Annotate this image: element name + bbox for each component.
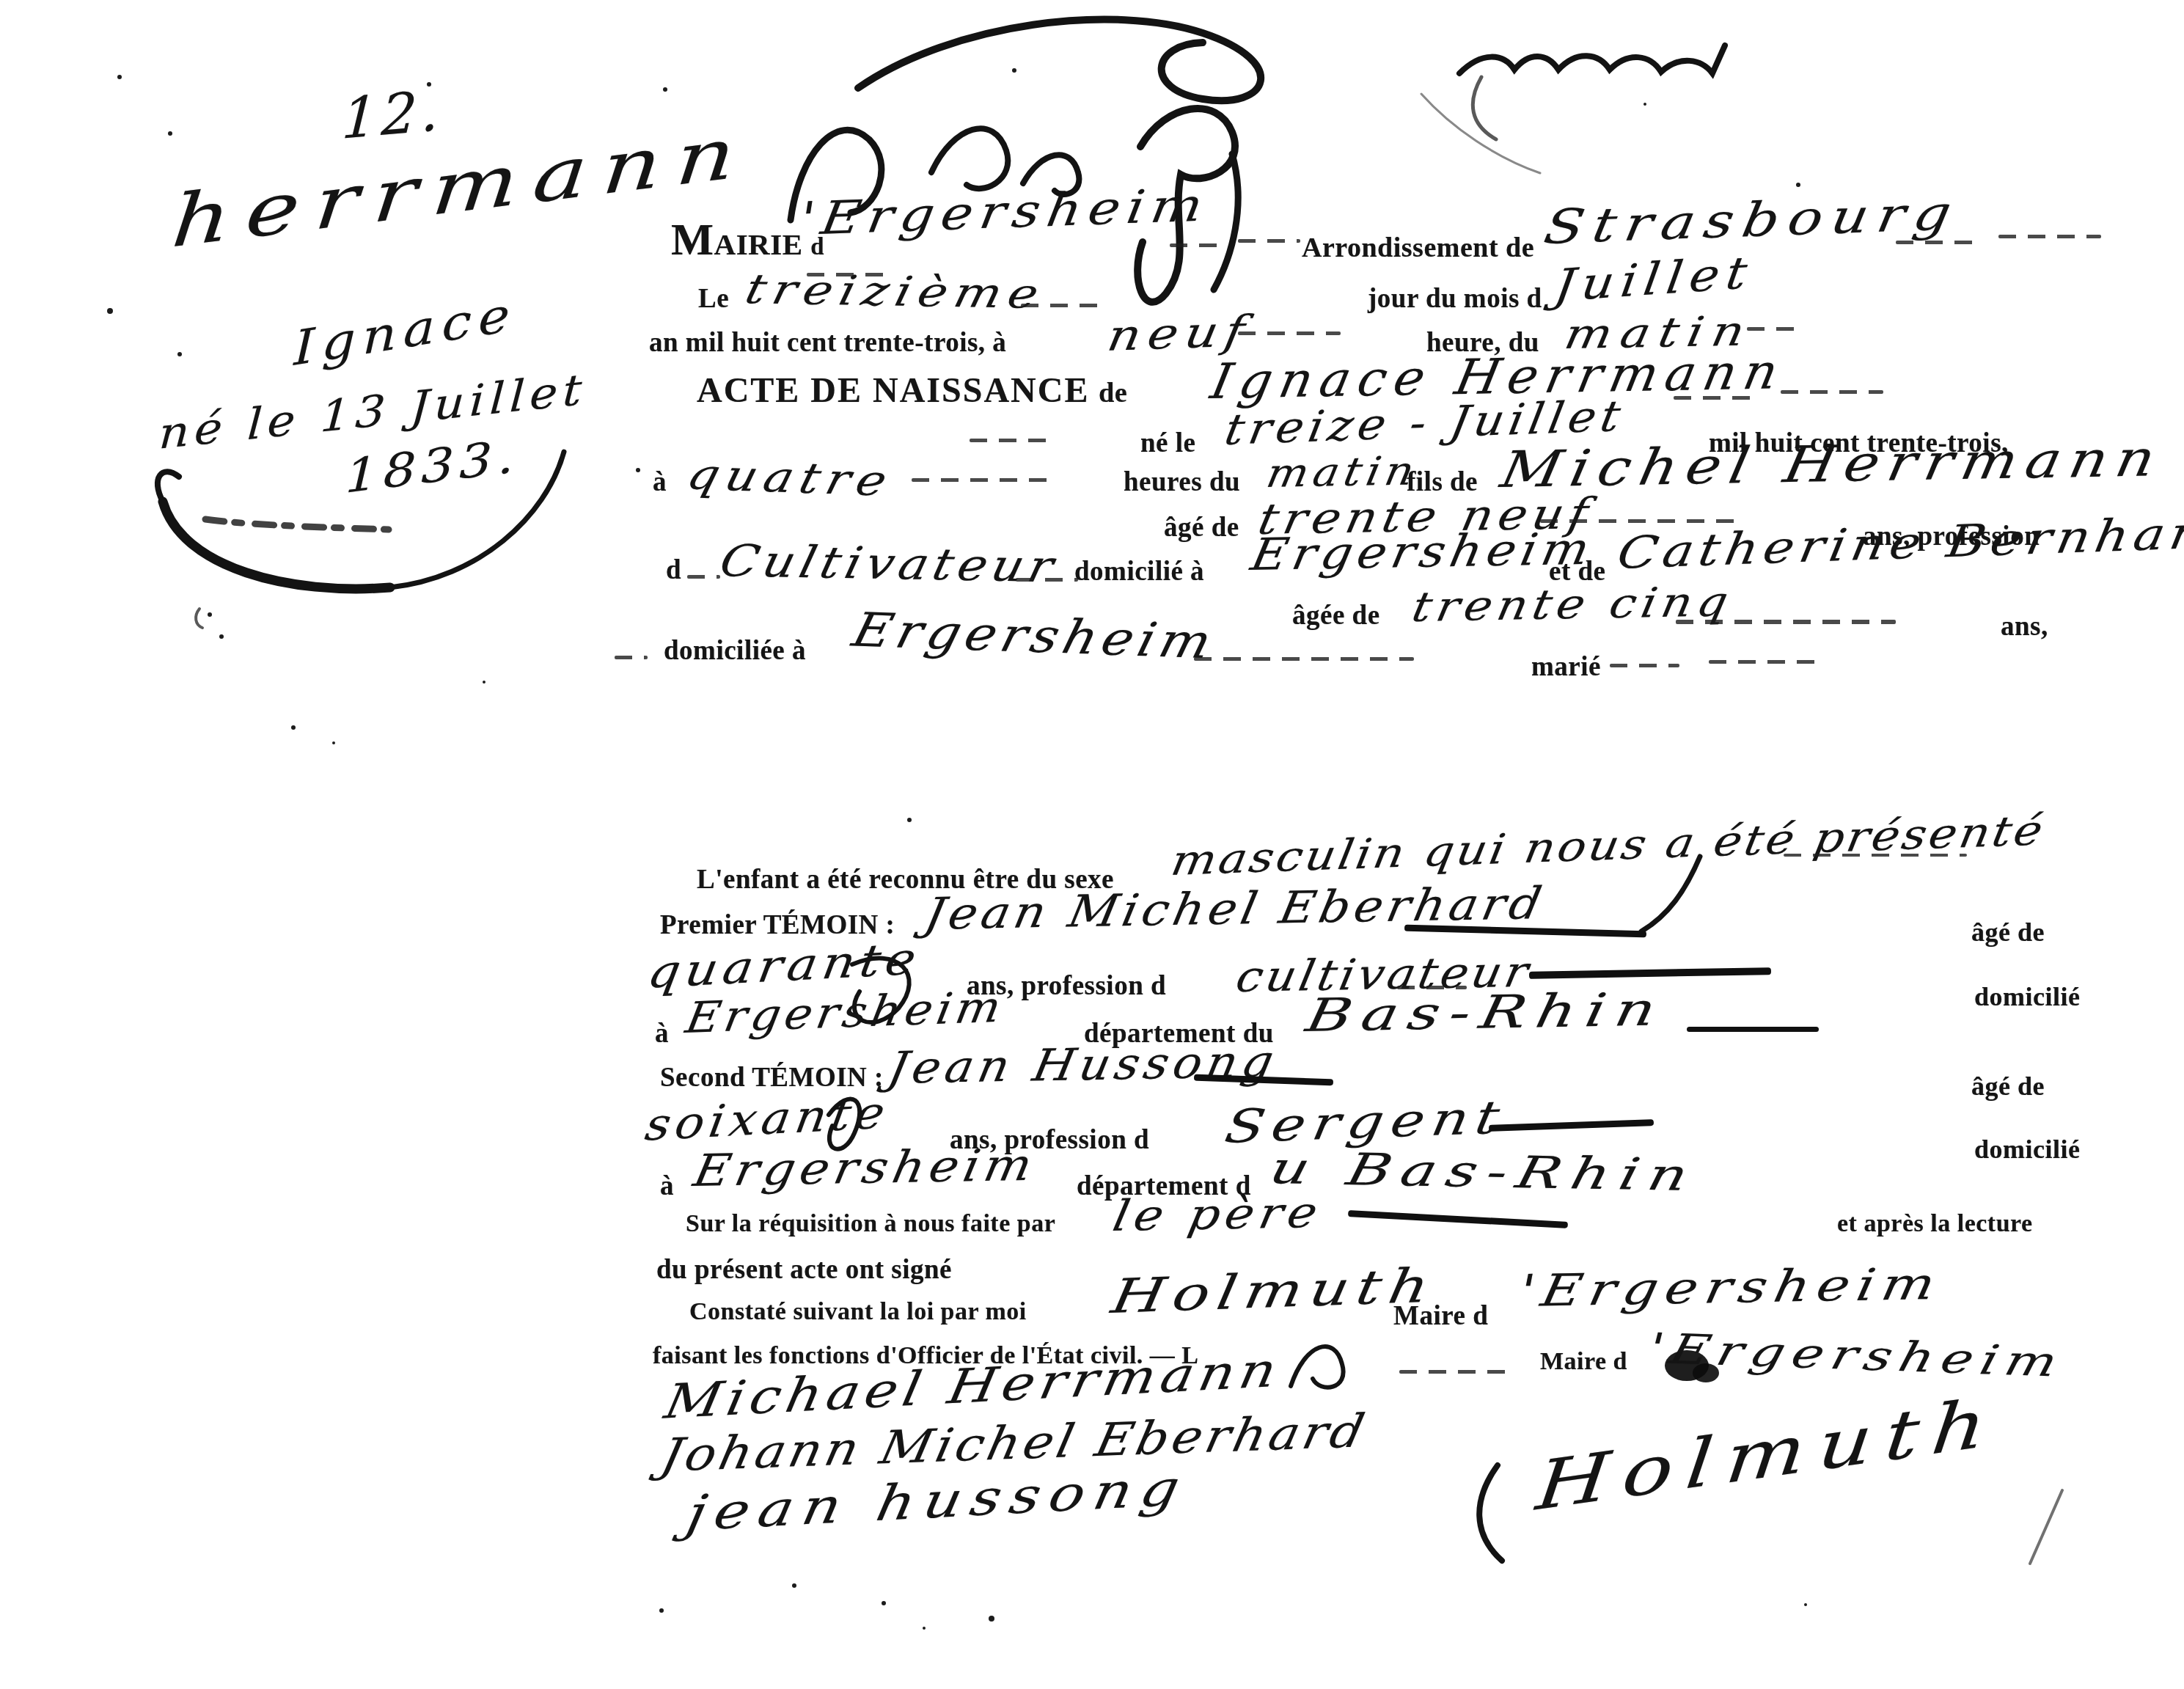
margin-act-number: 12. [340, 77, 445, 152]
signe-label: du présent acte ont signé [656, 1254, 952, 1286]
arrondissement-label: Arrondissement de [1302, 232, 1534, 264]
ne-le-label: né le [1140, 428, 1195, 459]
ink-dash [1170, 243, 1225, 247]
ink-flourish [1291, 1347, 1344, 1388]
ink-dash [1784, 854, 1967, 857]
stamp-arc [158, 472, 179, 502]
mairie-label: Mairie [671, 214, 803, 266]
ink-smudge [196, 609, 202, 628]
ink-scribble [1421, 94, 1540, 173]
ink-dash [1021, 304, 1102, 307]
acte-title: Acte de Naissance [697, 371, 1089, 410]
ink-dash [1238, 239, 1300, 243]
ink-dash [1674, 396, 1754, 400]
heures-du-label: heures du [1124, 466, 1240, 498]
ink-dash [807, 273, 887, 276]
domicilie-a-label: domicilié à [1074, 556, 1204, 587]
ink-dash [1747, 327, 1798, 331]
marie-label: marié [1531, 651, 1601, 683]
age-de-label: âgé de [1164, 512, 1239, 543]
ink-smudge [205, 519, 389, 530]
ink-dash [1540, 519, 1742, 523]
ink-dash [1238, 331, 1341, 335]
ink-scribble [1459, 45, 1725, 73]
ink-flourish [1479, 1465, 1502, 1561]
witness2-age-label: âgé de [1971, 1071, 2045, 1102]
witness1-domicilie-label: domicilié [1974, 981, 2080, 1012]
ink-dash [1610, 664, 1679, 667]
maire-commune-value: 'Ergersheim [1514, 1258, 1946, 1317]
witness1-age-label: âgé de [1971, 917, 2045, 948]
ink-dash [615, 656, 648, 659]
month-label: jour du mois d [1368, 283, 1542, 315]
year-line-label: an mil huit cent trente-trois, à [649, 327, 1006, 359]
ink-dash [687, 575, 720, 579]
ink-dash [1676, 620, 1896, 624]
le-label: Le [698, 283, 729, 315]
birth-daypart-value: matin [1263, 447, 1423, 497]
acte-title-de: de [1099, 378, 1127, 408]
requisition-label: Sur la réquisition à nous faite par [686, 1210, 1055, 1238]
maire-label: Maire d [1393, 1300, 1488, 1332]
acte-title-line: Acte de Naissance de [697, 370, 1127, 411]
requisition-value: le père [1109, 1187, 1327, 1241]
witness2-residence-value: Ergersheim [689, 1140, 1041, 1197]
ink-dash [1399, 1370, 1517, 1374]
ink-scribble [858, 20, 1261, 101]
ink-dash [1194, 657, 1414, 661]
ink-dash [912, 478, 1051, 482]
ink-scribble [1473, 77, 1496, 139]
witness2-a-label: à [660, 1170, 674, 1202]
agee-de-label: âgée de [1292, 600, 1380, 631]
maire-label-2: Maire d [1540, 1348, 1627, 1376]
ans-label: ans, [2001, 611, 2048, 642]
day-value: treizième [741, 265, 1050, 318]
father-residence-value: Ergersheim [1247, 524, 1599, 581]
stamp-arc [163, 502, 390, 589]
witness1-a-label: à [655, 1018, 669, 1049]
witness2-departement-value: u Bas-Rhin [1265, 1143, 1703, 1201]
ink-dash [1709, 660, 1819, 664]
officer-name-value: Holmuth [1107, 1258, 1440, 1325]
birth-hour-value: quatre [682, 450, 898, 506]
father-profession-value: Cultivateur [715, 535, 1063, 593]
lecture-label: et après la lecture [1837, 1210, 2033, 1238]
ink-dash [1687, 1027, 1819, 1032]
d-label: d [666, 554, 681, 586]
ink-dash [1016, 578, 1078, 582]
constate-label: Constaté suivant la loi par moi [689, 1298, 1027, 1326]
a-label: à [653, 466, 667, 498]
ink-dash [1896, 241, 1984, 244]
ink-dash [1998, 235, 2101, 238]
witness2-domicilie-label: domicilié [1974, 1134, 2080, 1165]
ink-dash [1781, 390, 1883, 394]
ink-dash [970, 439, 1058, 442]
domiciliee-a-label: domiciliée à [664, 635, 806, 667]
witness2-name-value: Jean Hussong [884, 1036, 1283, 1094]
ink-flourish [2030, 1490, 2062, 1564]
birth-record-scan: 12. herrmann Ignace né le 13 Juillet 183… [0, 0, 2184, 1689]
witness1-departement-value: Bas-Rhin [1302, 982, 1670, 1042]
